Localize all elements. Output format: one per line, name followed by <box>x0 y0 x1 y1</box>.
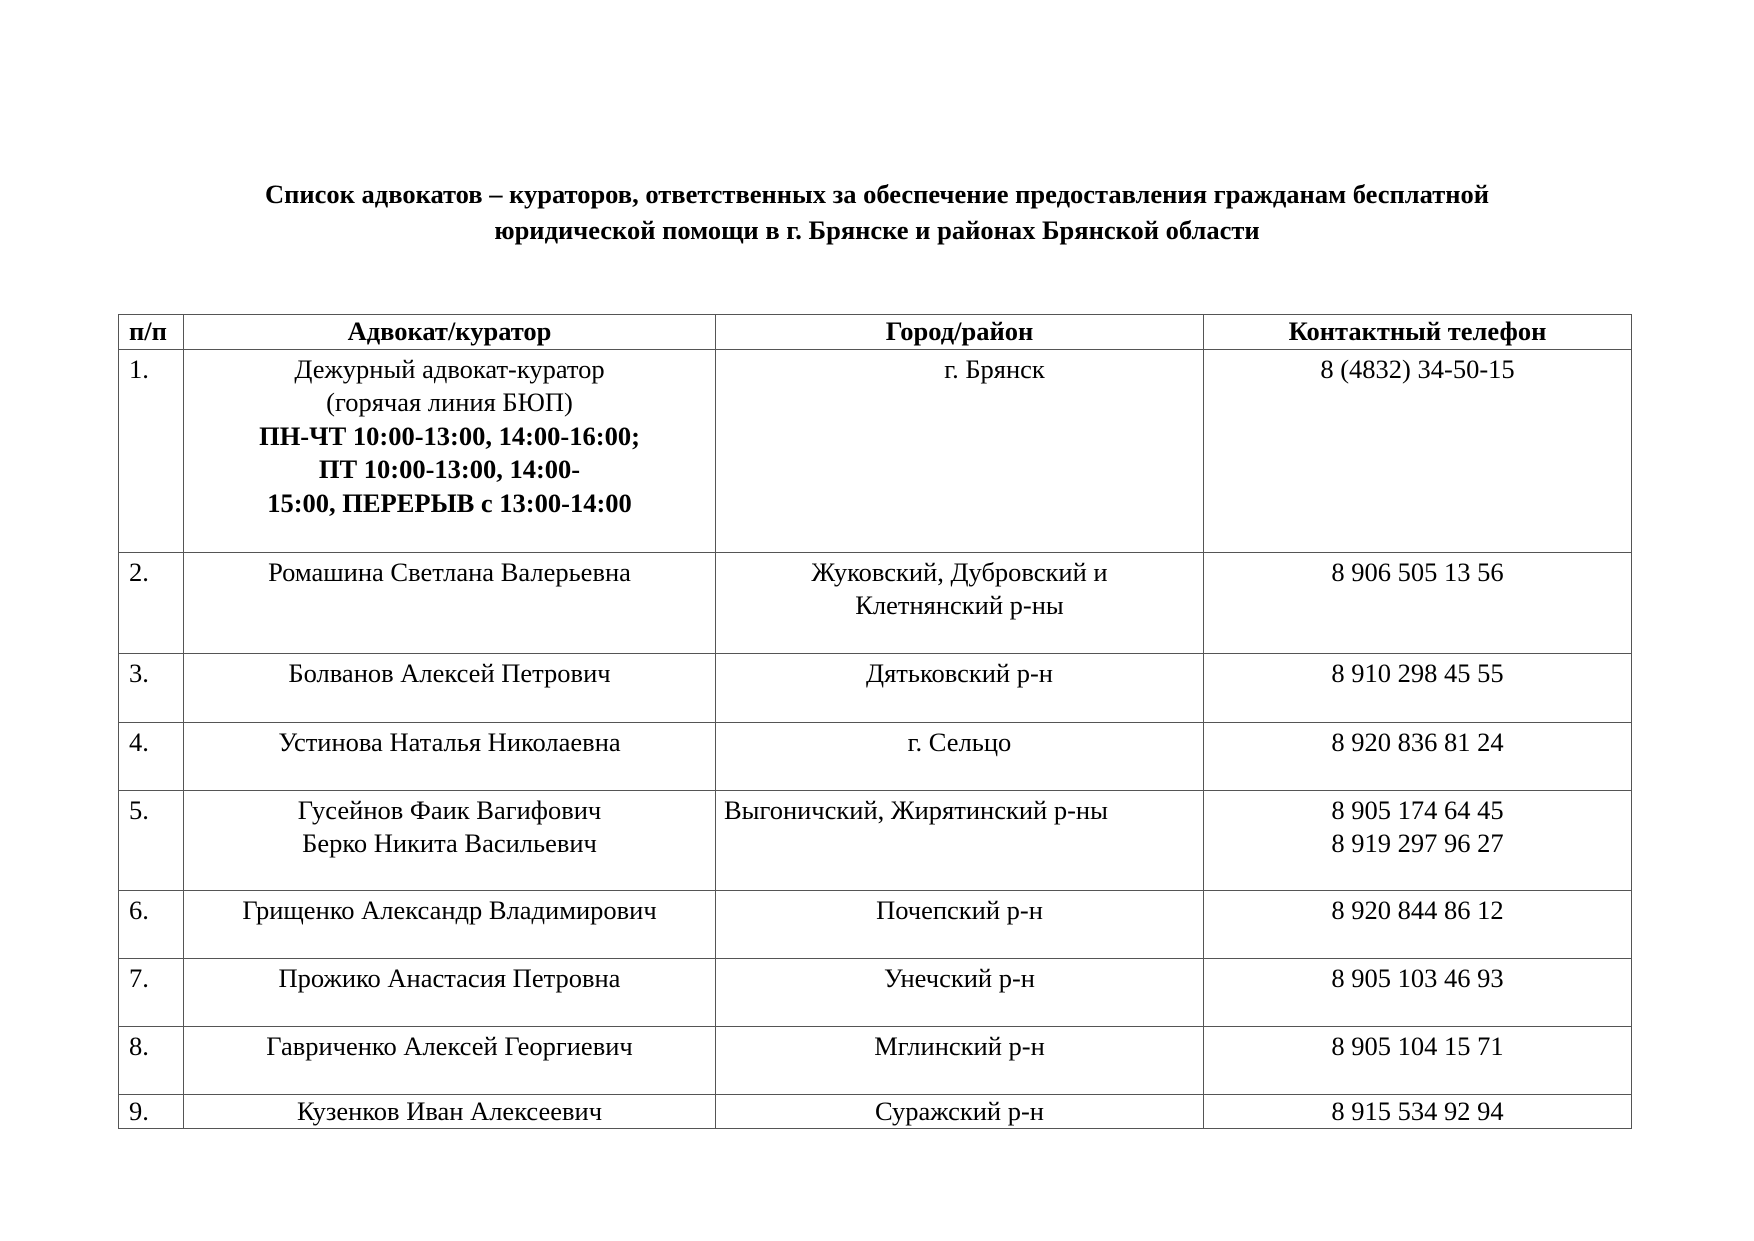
curator-cell: Устинова Наталья Николаевна <box>184 722 716 790</box>
phone-number: 8 906 505 13 56 <box>1212 556 1623 590</box>
row-number: 8. <box>119 1026 184 1094</box>
city-cell: Жуковский, Дубровский и Клетнянский р-ны <box>716 552 1204 653</box>
document-title: Список адвокатов – кураторов, ответствен… <box>120 176 1634 248</box>
table-header-row: п/п Адвокат/куратор Город/район Контактн… <box>119 315 1632 350</box>
table-row: 6. Грищенко Александр Владимирович Почеп… <box>119 890 1632 958</box>
city-cell: г. Брянск <box>716 349 1204 552</box>
curator-line: Болванов Алексей Петрович <box>192 657 707 691</box>
row-number: 1. <box>119 349 184 552</box>
curator-cell: Грищенко Александр Владимирович <box>184 890 716 958</box>
phone-cell: 8 920 836 81 24 <box>1204 722 1632 790</box>
city-line: Клетнянский р-ны <box>724 589 1195 623</box>
curator-line: Берко Никита Васильевич <box>192 827 707 861</box>
curator-line: Гусейнов Фаик Вагифович <box>192 794 707 828</box>
schedule-line: ПН-ЧТ 10:00-13:00, 14:00-16:00; <box>192 420 707 454</box>
city-cell: Дятьковский р-н <box>716 653 1204 722</box>
curator-cell: Гусейнов Фаик Вагифович Берко Никита Вас… <box>184 790 716 890</box>
table-row: 9. Кузенков Иван Алексеевич Суражский р-… <box>119 1094 1632 1129</box>
phone-number: 8 (4832) 34-50-15 <box>1212 353 1623 387</box>
city-line: Мглинский р-н <box>724 1030 1195 1064</box>
phone-number: 8 905 103 46 93 <box>1212 962 1623 996</box>
curator-cell: Ромашина Светлана Валерьевна <box>184 552 716 653</box>
phone-cell: 8 915 534 92 94 <box>1204 1094 1632 1129</box>
curator-line: Дежурный адвокат-куратор <box>192 353 707 387</box>
header-number: п/п <box>119 315 184 350</box>
row-number: 4. <box>119 722 184 790</box>
phone-number: 8 920 836 81 24 <box>1212 726 1623 760</box>
table-row: 4. Устинова Наталья Николаевна г. Сельцо… <box>119 722 1632 790</box>
phone-cell: 8 910 298 45 55 <box>1204 653 1632 722</box>
table-row: 8. Гавриченко Алексей Георгиевич Мглинск… <box>119 1026 1632 1094</box>
table-row: 3. Болванов Алексей Петрович Дятьковский… <box>119 653 1632 722</box>
curator-cell: Прожико Анастасия Петровна <box>184 958 716 1026</box>
city-line: Суражский р-н <box>724 1095 1195 1129</box>
phone-cell: 8 905 104 15 71 <box>1204 1026 1632 1094</box>
row-number: 9. <box>119 1094 184 1129</box>
header-curator: Адвокат/куратор <box>184 315 716 350</box>
curator-cell: Гавриченко Алексей Георгиевич <box>184 1026 716 1094</box>
curator-line: Грищенко Александр Владимирович <box>192 894 707 928</box>
row-number: 6. <box>119 890 184 958</box>
city-line: г. Сельцо <box>724 726 1195 760</box>
phone-number: 8 919 297 96 27 <box>1212 827 1623 861</box>
table-row: 7. Прожико Анастасия Петровна Унечский р… <box>119 958 1632 1026</box>
phone-cell: 8 905 103 46 93 <box>1204 958 1632 1026</box>
schedule-line: 15:00, ПЕРЕРЫВ с 13:00-14:00 <box>192 487 707 521</box>
curator-line: Устинова Наталья Николаевна <box>192 726 707 760</box>
curator-line: Кузенков Иван Алексеевич <box>192 1095 707 1129</box>
city-line: Выгоничский, Жирятинский р-ны <box>724 794 1195 828</box>
phone-number: 8 905 174 64 45 <box>1212 794 1623 828</box>
curator-line: Ромашина Светлана Валерьевна <box>192 556 707 590</box>
phone-cell: 8 905 174 64 45 8 919 297 96 27 <box>1204 790 1632 890</box>
row-number: 2. <box>119 552 184 653</box>
phone-number: 8 910 298 45 55 <box>1212 657 1623 691</box>
city-cell: Мглинский р-н <box>716 1026 1204 1094</box>
table-row: 5. Гусейнов Фаик Вагифович Берко Никита … <box>119 790 1632 890</box>
curator-line: Прожико Анастасия Петровна <box>192 962 707 996</box>
table-row: 2. Ромашина Светлана Валерьевна Жуковски… <box>119 552 1632 653</box>
city-cell: Унечский р-н <box>716 958 1204 1026</box>
row-number: 7. <box>119 958 184 1026</box>
schedule-line: ПТ 10:00-13:00, 14:00- <box>192 453 707 487</box>
table-row: 1. Дежурный адвокат-куратор (горячая лин… <box>119 349 1632 552</box>
title-line-2: юридической помощи в г. Брянске и района… <box>120 212 1634 248</box>
curator-cell: Дежурный адвокат-куратор (горячая линия … <box>184 349 716 552</box>
city-line: Унечский р-н <box>724 962 1195 996</box>
curators-table: п/п Адвокат/куратор Город/район Контактн… <box>118 314 1632 1129</box>
phone-cell: 8 906 505 13 56 <box>1204 552 1632 653</box>
header-phone: Контактный телефон <box>1204 315 1632 350</box>
phone-number: 8 915 534 92 94 <box>1212 1095 1623 1129</box>
city-cell: Почепский р-н <box>716 890 1204 958</box>
city-line: г. Брянск <box>724 353 1195 387</box>
city-cell: Выгоничский, Жирятинский р-ны <box>716 790 1204 890</box>
city-cell: Суражский р-н <box>716 1094 1204 1129</box>
row-number: 5. <box>119 790 184 890</box>
header-city: Город/район <box>716 315 1204 350</box>
title-line-1: Список адвокатов – кураторов, ответствен… <box>120 176 1634 212</box>
city-line: Почепский р-н <box>724 894 1195 928</box>
city-line: Жуковский, Дубровский и <box>724 556 1195 590</box>
phone-number: 8 920 844 86 12 <box>1212 894 1623 928</box>
curator-cell: Болванов Алексей Петрович <box>184 653 716 722</box>
curator-cell: Кузенков Иван Алексеевич <box>184 1094 716 1129</box>
phone-number: 8 905 104 15 71 <box>1212 1030 1623 1064</box>
phone-cell: 8 920 844 86 12 <box>1204 890 1632 958</box>
phone-cell: 8 (4832) 34-50-15 <box>1204 349 1632 552</box>
curator-line: Гавриченко Алексей Георгиевич <box>192 1030 707 1064</box>
curator-line: (горячая линия БЮП) <box>192 386 707 420</box>
row-number: 3. <box>119 653 184 722</box>
city-line: Дятьковский р-н <box>724 657 1195 691</box>
city-cell: г. Сельцо <box>716 722 1204 790</box>
